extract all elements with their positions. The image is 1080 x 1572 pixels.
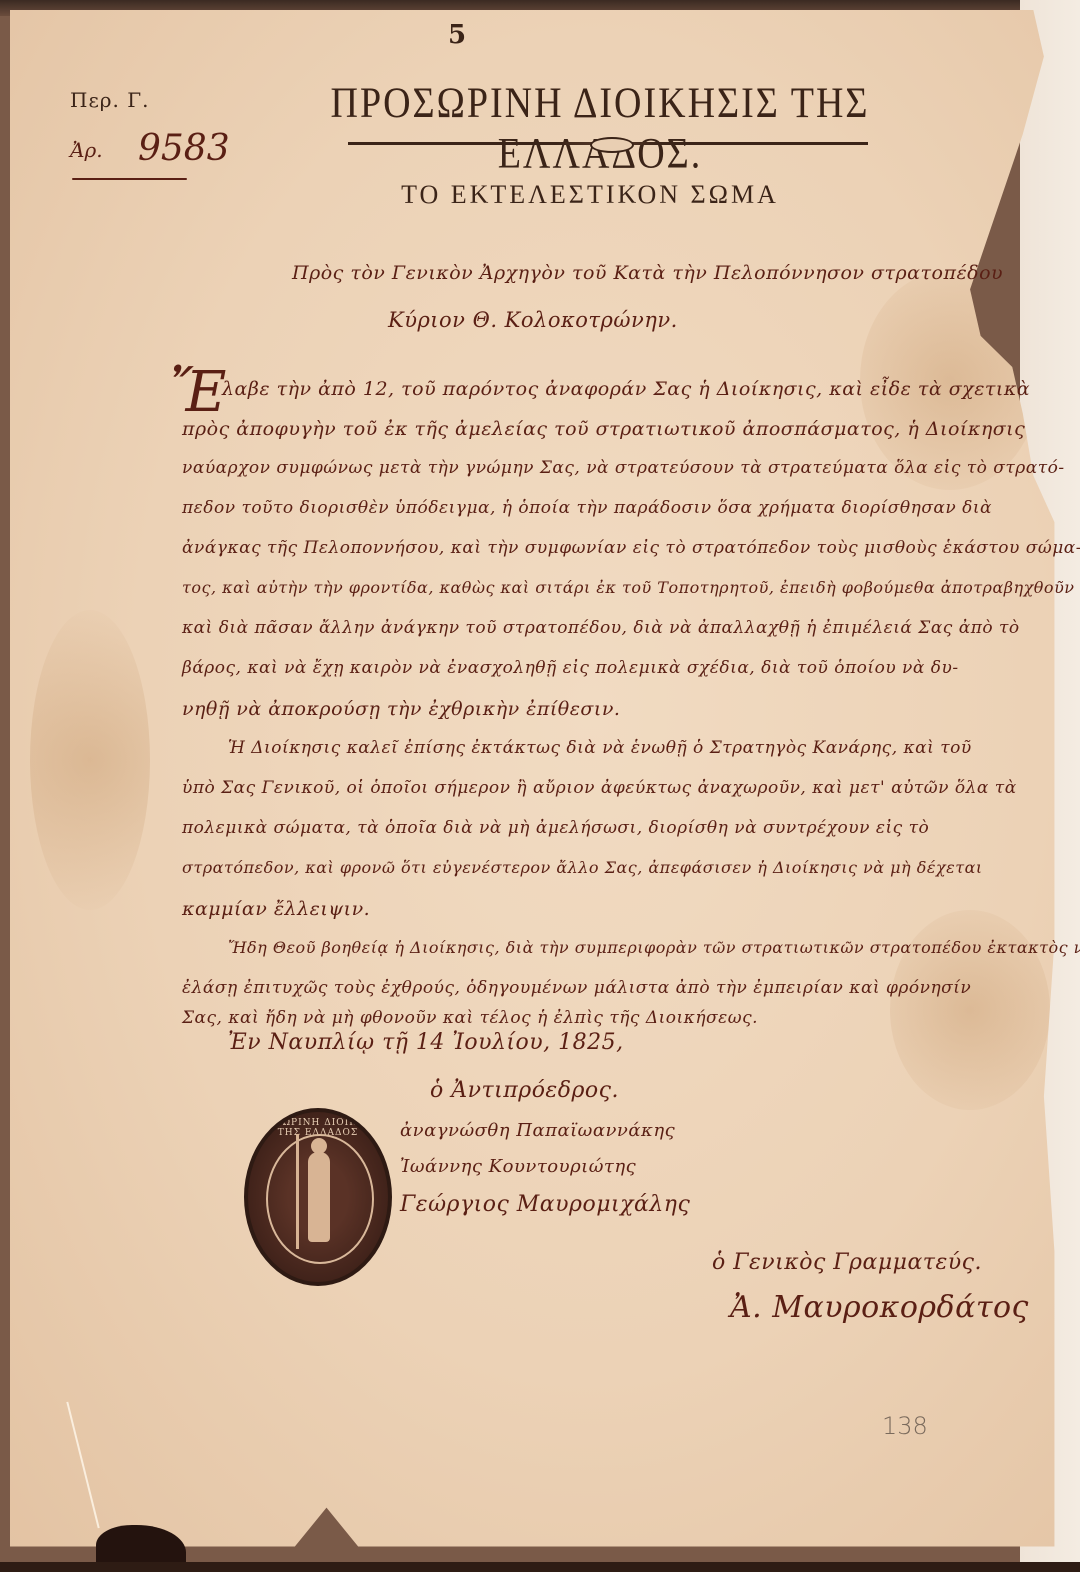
body-line: πολεμικὰ σώματα, τὰ ὁποῖα διὰ νὰ μὴ ἀμελ… <box>182 818 929 838</box>
countersign-line: ἀναγνώσθη Παπαϊωαννάκης <box>400 1120 675 1141</box>
page-number: 5 <box>448 20 466 50</box>
body-line: πεδον τοῦτο διορισθὲν ὑπόδειγμα, ἡ ὁποία… <box>182 498 992 518</box>
body-line: ὑπὸ Σας Γενικοῦ, οἱ ὁποῖοι σήμερον ἢ αὔρ… <box>182 778 1017 798</box>
date-place-line: Ἐν Ναυπλίῳ τῇ 14 Ἰουλίου, 1825, <box>228 1030 624 1055</box>
rule-ornament-icon <box>590 137 634 153</box>
government-seal: ΠΡΟΣΩΡΙΝΗ ΔΙΟΙΚΗΣΙΣ ΤΗΣ ΕΛΛΑΔΟΣ <box>244 1108 392 1286</box>
body-line: ναύαρχον συμφώνως μετὰ τὴν γνώμην Σας, ν… <box>182 458 1065 478</box>
secretary-general-title: ὁ Γενικὸς Γραμματεύς. <box>712 1250 982 1275</box>
body-line: στρατόπεδον, καὶ φρονῶ ὅτι εὐγενέστερον … <box>182 858 983 877</box>
addressee-line-2: Κύριον Θ. Κολοκοτρώνην. <box>388 308 678 332</box>
government-title: ΠΡΟΣΩΡΙΝΗ ΔΙΟΙΚΗΣΙΣ ΤΗΣ ΕΛΛΑΔΟΣ. <box>240 78 960 179</box>
body-line: Σας, καὶ ἤδη νὰ μὴ φθονοῦν καὶ τέλος ἡ ἐ… <box>182 1008 758 1028</box>
scanner-background-bottom <box>0 1562 1080 1572</box>
countersign-line: Γεώργιος Μαυρομιχάλης <box>400 1192 690 1217</box>
period-label: Περ. Γ. <box>70 88 150 112</box>
secretary-signature: Ἀ. Μαυροκορδάτος <box>730 1290 1029 1325</box>
body-line: βάρος, καὶ νὰ ἔχῃ καιρὸν νὰ ἐνασχοληθῇ ε… <box>182 658 959 678</box>
archive-folio-number: 138 <box>882 1412 928 1440</box>
body-line: καὶ διὰ πᾶσαν ἄλλην ἀνάγκην τοῦ στρατοπέ… <box>182 618 1020 638</box>
body-line: Ἡ Διοίκησις καλεῖ ἐπίσης ἐκτάκτως διὰ νὰ… <box>228 738 972 758</box>
water-stain <box>30 610 150 910</box>
vice-president-title: ὁ Ἀντιπρόεδρος. <box>430 1078 619 1103</box>
body-line: ἀνάγκας τῆς Πελοποννήσου, καὶ τὴν συμφων… <box>182 538 1080 558</box>
body-line: Ἤδη Θεοῦ βοηθείᾳ ἡ Διοίκησις, διὰ τὴν συ… <box>228 938 1080 957</box>
seal-athena-figure-icon <box>308 1152 330 1242</box>
number-underline <box>72 178 187 180</box>
body-line: νηθῇ νὰ ἀποκρούσῃ τὴν ἐχθρικὴν ἐπίθεσιν. <box>182 698 620 720</box>
seal-spear-icon <box>296 1134 299 1249</box>
executive-body-title: ΤΟ ΕΚΤΕΛΕΣΤΙΚΟΝ ΣΩΜΑ <box>240 180 940 210</box>
countersign-line: Ἰωάννης Κουντουριώτης <box>400 1156 636 1177</box>
body-dropcap: Ἔ <box>170 360 226 425</box>
protocol-number: 9583 <box>138 128 230 169</box>
body-line: τος, καὶ αὐτὴν τὴν φροντίδα, καθὼς καὶ σ… <box>182 578 1075 597</box>
addressee-line-1: Πρὸς τὸν Γενικὸν Ἀρχηγὸν τοῦ Κατὰ τὴν Πε… <box>292 262 1003 284</box>
body-line: καμμίαν ἔλλειψιν. <box>182 898 370 920</box>
number-label: Ἀρ. <box>70 138 103 162</box>
body-line: πρὸς ἀποφυγὴν τοῦ ἐκ τῆς ἀμελείας τοῦ στ… <box>182 418 1025 440</box>
body-line: ἐλάσῃ ἐπιτυχῶς τοὺς ἐχθρούς, ὁδηγουμένων… <box>182 978 971 998</box>
body-line: λαβε τὴν ἀπὸ 12, τοῦ παρόντος ἀναφοράν Σ… <box>222 378 1030 400</box>
